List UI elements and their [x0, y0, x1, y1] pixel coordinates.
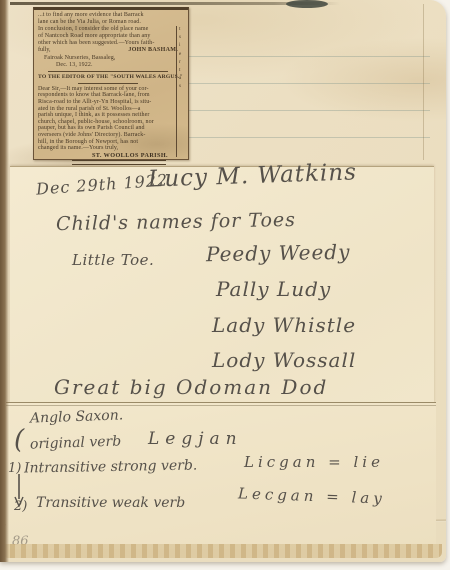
clipping-line: fully,	[38, 47, 50, 54]
toe-name: Lady Whistle	[212, 313, 356, 337]
cut-column-fragments: t s i e r t a s	[176, 26, 188, 157]
clipping-line: pauper, but has its own Parish Council a…	[38, 125, 178, 132]
margin-line	[423, 4, 424, 160]
clipping-body: Dear Sir,—It may interest some of your c…	[38, 86, 178, 152]
clipping-signoff-row: fully, JOHN BASHAM.	[38, 47, 178, 54]
pasted-sheet-anglo-saxon: Anglo Saxon. ( original verb Legjan 1) I…	[6, 402, 436, 549]
divider-rule	[78, 83, 138, 84]
original-verb-label: original verb	[30, 433, 122, 452]
clipping-line: respondents to know that Barrack-lane, f…	[38, 92, 178, 99]
clipping-line: lane can be the Via Julia, or Roman road…	[38, 19, 178, 26]
letter-address: Fairoak Nurseries, Bassaleg,	[38, 55, 178, 62]
clipping-line: overseers (vide Johns' Directory). Barra…	[38, 132, 178, 139]
letter-date: Dec. 13, 1922.	[38, 62, 178, 69]
little-toe-label: Little Toe.	[72, 251, 154, 269]
toe-name: Lody Wossall	[212, 348, 356, 372]
clipping-header: TO THE EDITOR OF THE "SOUTH WALES ARGUS.…	[38, 74, 178, 81]
clipping-line: changed its name.—Yours truly,	[38, 145, 178, 152]
clipping-line: other which has been suggested.—Yours fa…	[38, 40, 178, 47]
original-verb-word: Legjan	[148, 429, 243, 449]
anglo-saxon-heading: Anglo Saxon.	[30, 407, 124, 426]
double-rule	[72, 160, 166, 165]
clipping-line: ...t to find any more evidence that Barr…	[38, 12, 178, 19]
ruled-lines	[188, 30, 430, 162]
clipping-text: ...t to find any more evidence that Barr…	[38, 12, 178, 165]
clipping-line: hill, in the Borough of Newport, has not	[38, 139, 178, 146]
page-stack-right-edge	[429, 10, 444, 555]
handwritten-name: Lucy M. Watkins	[148, 159, 358, 192]
open-paren: (	[14, 425, 24, 455]
big-toe-line: Great big Odoman Dod	[54, 375, 328, 399]
item2-word: Lecgan = lay	[238, 484, 386, 507]
item2-label: Transitive weak verb	[36, 495, 185, 511]
toe-name: Pally Ludy	[216, 277, 331, 301]
clipping-line: parish unique, I think, as it possesses …	[38, 112, 178, 119]
scrapbook-page: ...t to find any more evidence that Barr…	[0, 0, 446, 562]
clipping-line: Risca-road to the Allt-yr-Yn Hospital, i…	[38, 99, 178, 106]
item1-label: Intransitive strong verb.	[24, 457, 198, 476]
clipping-signature: ST. WOOLLOS PARISH.	[38, 152, 178, 160]
pasted-sheet-toe-names: Dec 29th 1922 Lucy M. Watkins Child's na…	[10, 166, 434, 403]
toe-list-title: Child's names for Toes	[56, 209, 296, 235]
newspaper-clipping: ...t to find any more evidence that Barr…	[33, 7, 189, 160]
letter-author: JOHN BASHAM.	[128, 47, 178, 54]
toe-name: Peedy Weedy	[206, 240, 351, 267]
divider-rule	[48, 71, 168, 72]
scrapbook-scan: ...t to find any more evidence that Barr…	[0, 0, 450, 570]
clipping-line: ated in the rural parish of St. Woollos—…	[38, 106, 178, 113]
ink-stain	[286, 0, 328, 8]
item2-number: 2)	[14, 499, 27, 514]
binding-edge	[0, 0, 9, 562]
page-stack-bottom-edge	[4, 544, 442, 558]
clipping-line: church, chapel, public-house, schoolroom…	[38, 119, 178, 126]
item1-word: Licgan = lie	[244, 453, 384, 471]
